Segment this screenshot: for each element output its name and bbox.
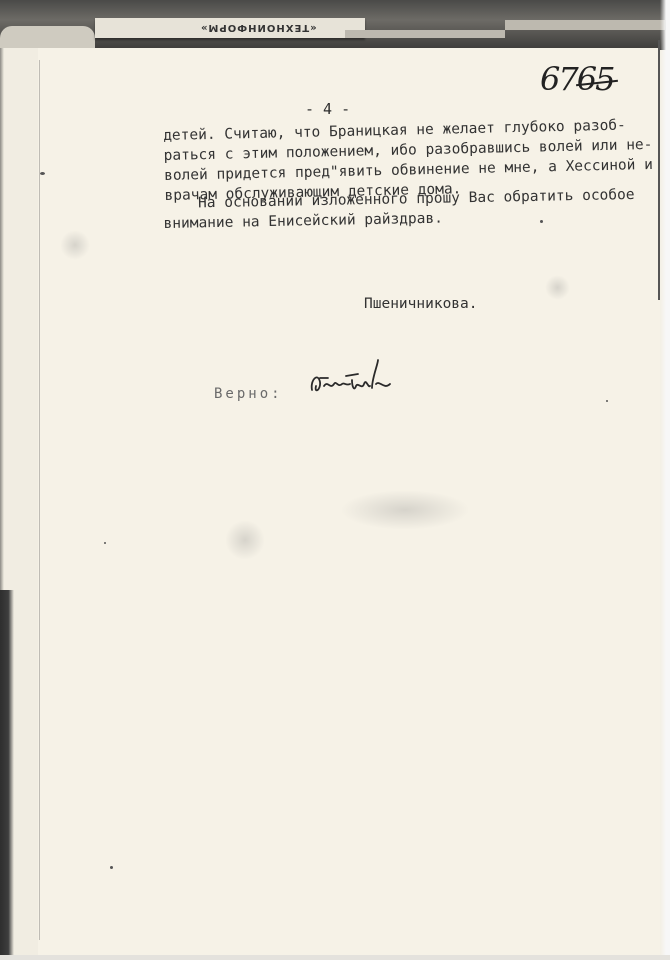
folder-edge [505,20,665,30]
page-number: - 4 - [305,100,350,118]
smudge [225,520,265,560]
smudge [545,275,570,300]
header-stamp: «ТЕХНОИНФОРМ» [200,22,317,33]
folio-number-struck: 65 [577,60,614,98]
page-edge-shadow [0,48,4,608]
stacked-folders-top: «ТЕХНОИНФОРМ» [0,0,670,50]
archive-folio-number: 6765 [540,60,613,98]
folder-edge [345,30,505,38]
scan-border-bottom [0,955,670,960]
dust-speck [606,400,608,402]
dust-speck [104,542,106,544]
dust-speck [540,220,543,223]
certified-label: Верно: [214,386,283,402]
dust-speck [40,172,45,175]
scanned-document: «ТЕХНОИНФОРМ» 6765 - 4 - детей. Считаю, … [0,0,670,960]
folio-number: 67 [540,60,577,98]
handwritten-signature [306,356,396,406]
smudge [60,230,90,260]
smudge [340,490,470,530]
scan-border [660,0,670,960]
signatory-name: Пшеничникова. [364,296,478,312]
folder-tab [0,26,95,48]
dust-speck [110,866,113,869]
binding-shadow [0,590,14,960]
fold-line [39,60,40,940]
